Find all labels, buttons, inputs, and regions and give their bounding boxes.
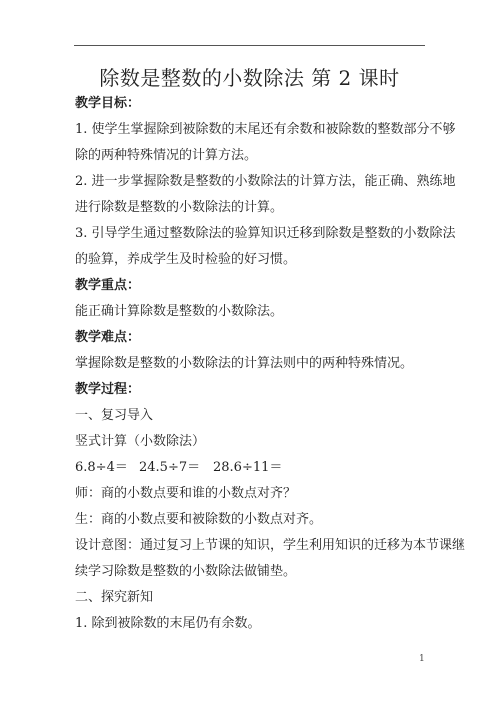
vertical-calc-label: 竖式计算（小数除法） bbox=[75, 434, 205, 450]
key-points-text: 能正确计算除数是整数的小数除法。 bbox=[75, 304, 283, 320]
design-intent-line-1: 设计意图：通过复习上节课的知识，学生利用知识的迁移为本节课继 bbox=[75, 538, 465, 554]
equation-2: 24.5÷7＝ bbox=[139, 460, 213, 476]
design-intent-line-2: 续学习除数是整数的小数除法做铺垫。 bbox=[75, 564, 296, 580]
objective-2-line-2: 进行除数是整数的小数除法的计算。 bbox=[75, 200, 283, 216]
difficulties-heading: 教学难点： bbox=[75, 330, 140, 346]
key-points-heading: 教学重点： bbox=[75, 278, 140, 294]
equations-row: 6.8÷4＝24.5÷7＝28.6÷11＝ bbox=[75, 460, 282, 476]
explore-item-1: 1. 除到被除数的末尾仍有余数。 bbox=[75, 616, 261, 632]
explore-heading: 二、探究新知 bbox=[75, 590, 153, 606]
objective-1-line-1: 1. 使学生掌握除到被除数的末尾还有余数和被除数的整数部分不够 bbox=[75, 122, 456, 138]
page-title: 除数是整数的小数除法 第 2 课时 bbox=[0, 62, 499, 91]
teacher-question: 师：商的小数点要和谁的小数点对齐？ bbox=[75, 486, 296, 502]
process-heading: 教学过程： bbox=[75, 382, 140, 398]
objective-3-line-2: 的验算，养成学生及时检验的好习惯。 bbox=[75, 252, 296, 268]
header-rule bbox=[74, 45, 425, 46]
objective-2-line-1: 2. 进一步掌握除数是整数的小数除法的计算方法，能正确、熟练地 bbox=[75, 174, 456, 190]
document-page: 除数是整数的小数除法 第 2 课时 教学目标： 1. 使学生掌握除到被除数的末尾… bbox=[0, 0, 499, 706]
equation-3: 28.6÷11＝ bbox=[213, 460, 282, 476]
page-number: 1 bbox=[419, 654, 425, 664]
objective-1-line-2: 除的两种特殊情况的计算方法。 bbox=[75, 148, 257, 164]
equation-1: 6.8÷4＝ bbox=[75, 460, 139, 476]
objectives-heading: 教学目标： bbox=[75, 96, 140, 112]
difficulties-text: 掌握除数是整数的小数除法的计算法则中的两种特殊情况。 bbox=[75, 356, 413, 372]
student-answer: 生：商的小数点要和被除数的小数点对齐。 bbox=[75, 512, 322, 528]
review-heading: 一、复习导入 bbox=[75, 408, 153, 424]
objective-3-line-1: 3. 引导学生通过整数除法的验算知识迁移到除数是整数的小数除法 bbox=[75, 226, 456, 242]
